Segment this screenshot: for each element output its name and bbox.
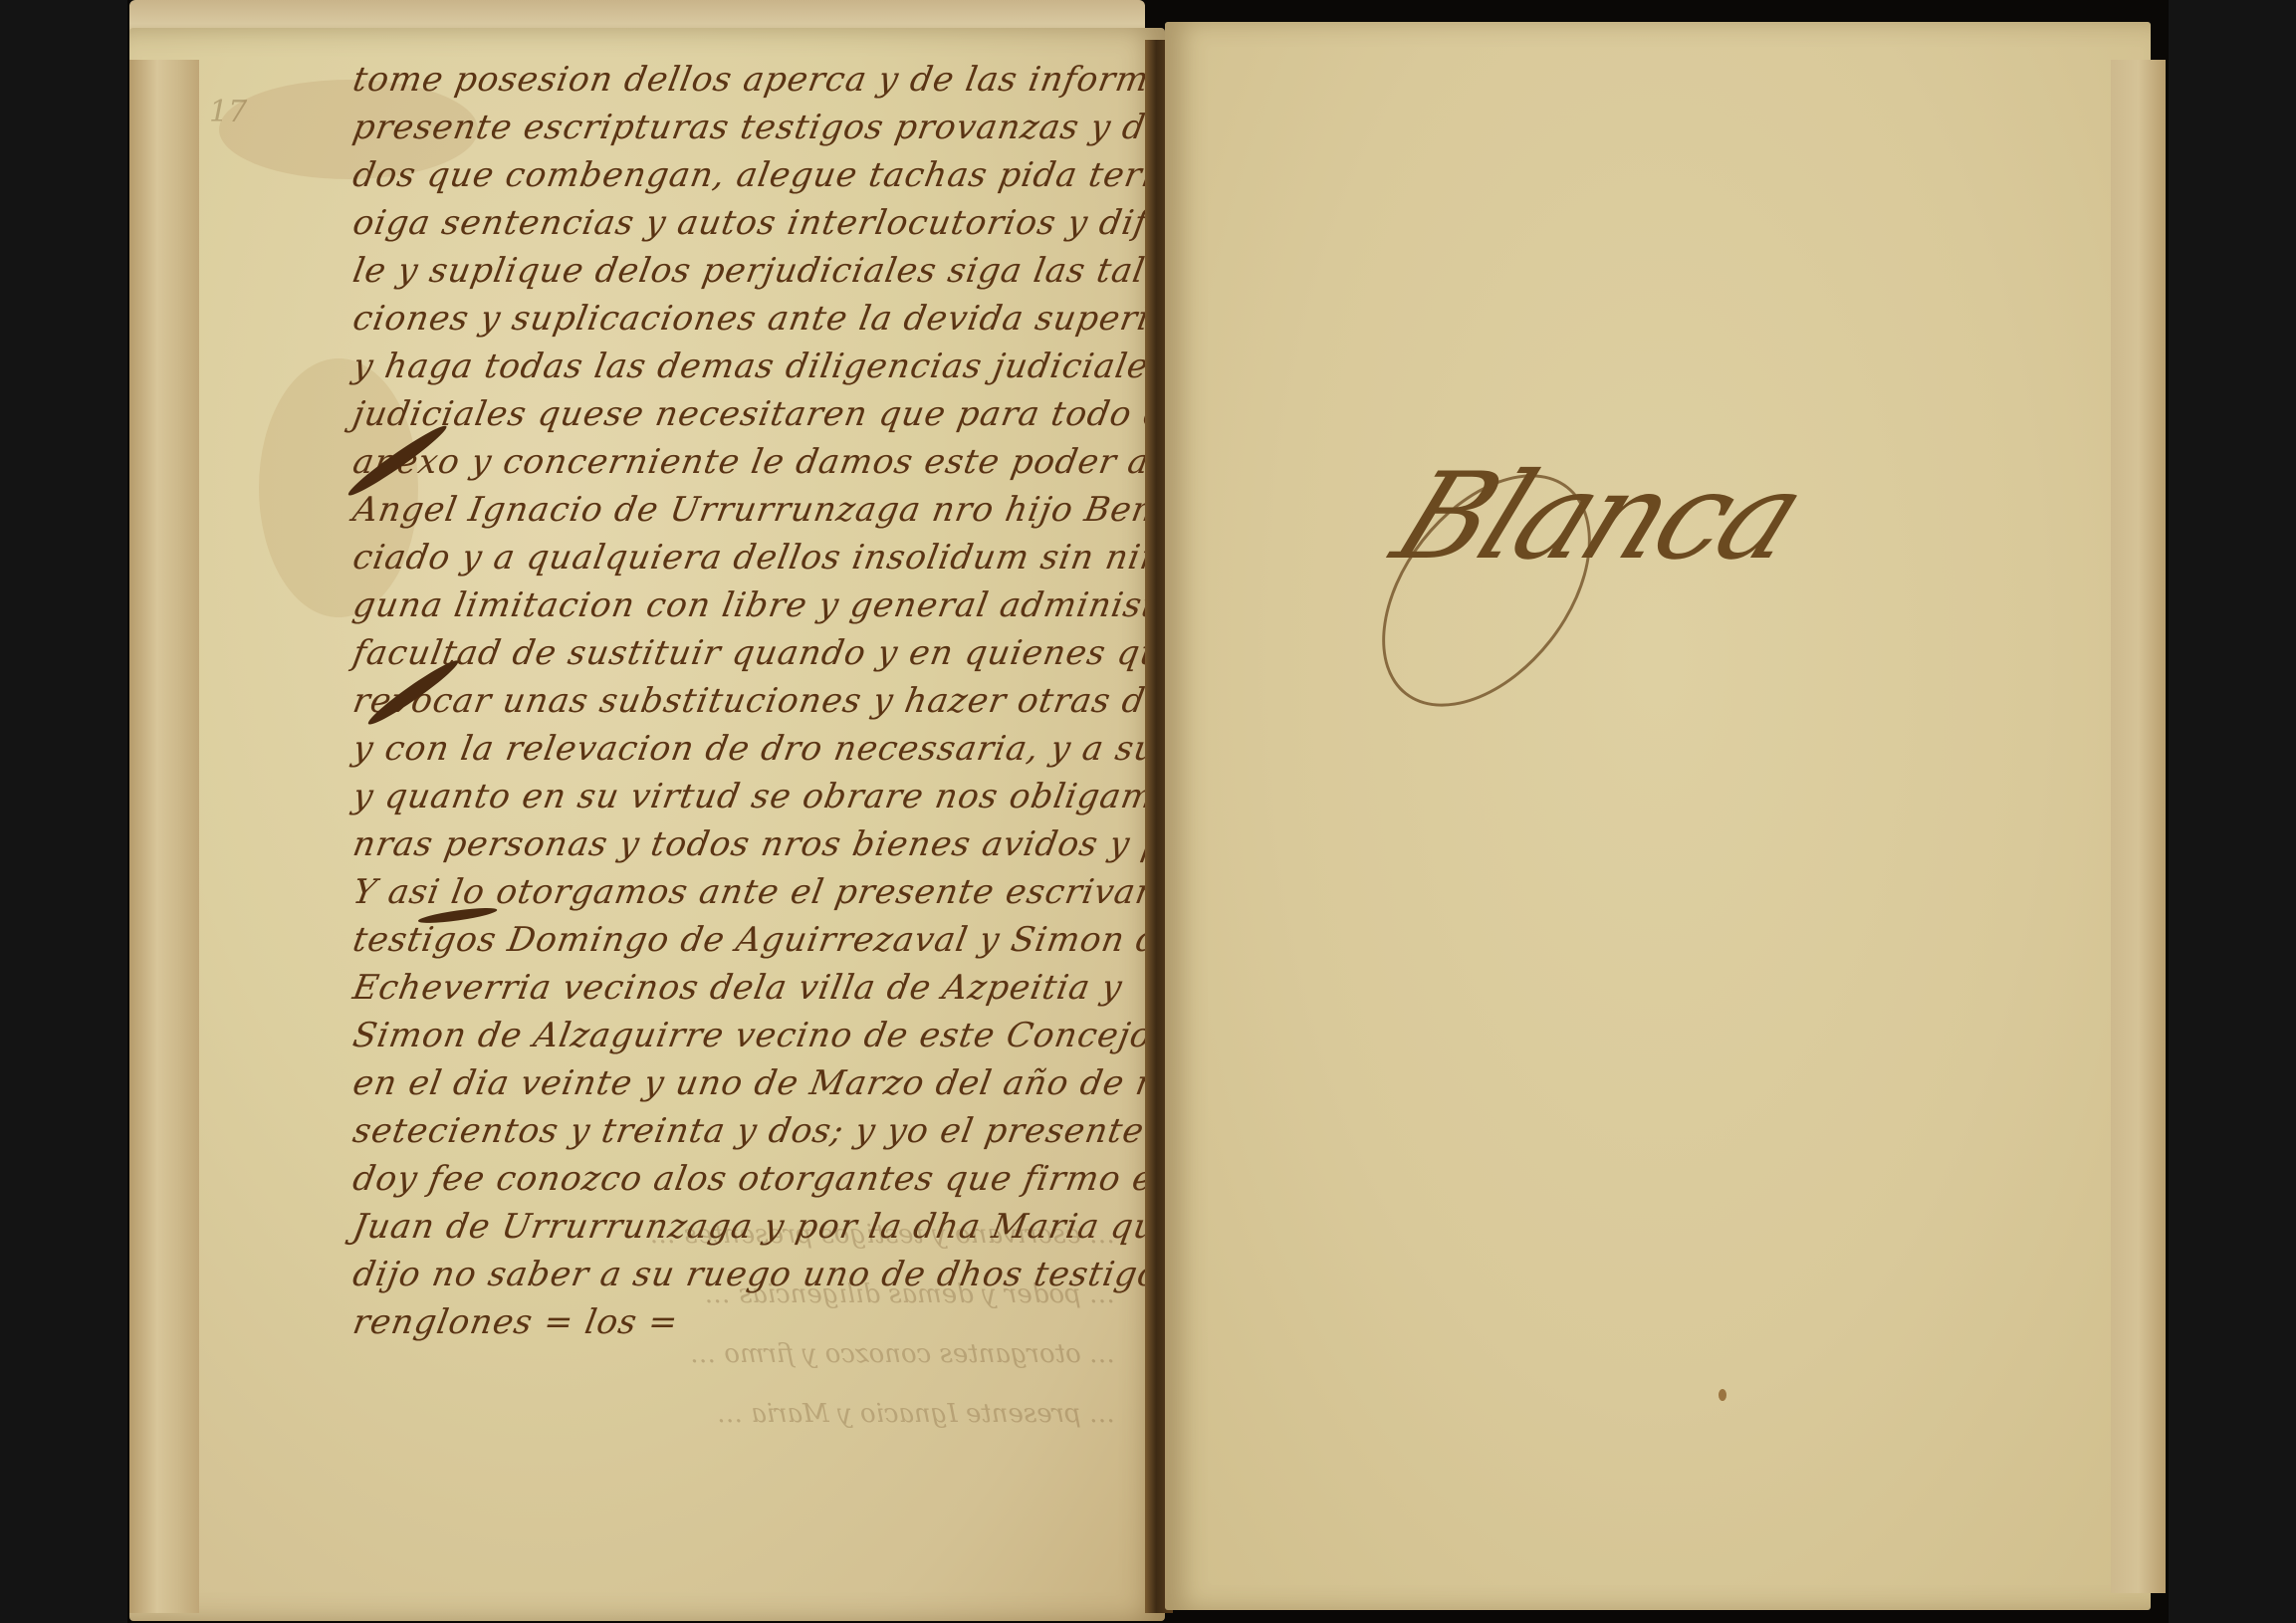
text-line: Angel Ignacio de Urrurrunzaga nro hijo B… <box>349 490 1204 530</box>
text-line: en el dia veinte y uno de Marzo del año … <box>349 1063 1196 1103</box>
right-page <box>1165 22 2151 1610</box>
text-line: renglones = los = <box>349 1302 681 1342</box>
text-line: dos que combengan, alegue tachas pida te… <box>349 155 1234 195</box>
right-page-frayed-edge <box>2111 60 2166 1593</box>
left-page-frayed-edge <box>129 60 199 1613</box>
text-line: doy fee conozco alos otorgantes que firm… <box>349 1159 1248 1199</box>
text-line: Echeverria vecinos dela villa de Azpeiti… <box>349 968 1125 1008</box>
text-line: ciado y a qualquiera dellos insolidum si… <box>349 538 1166 578</box>
folio-number: 17 <box>209 95 247 129</box>
text-line: ciones y suplicaciones ante la devida su… <box>349 299 1269 339</box>
paper-spot <box>1719 1389 1726 1401</box>
text-line: revocar unas substituciones y hazer otra… <box>349 681 1279 721</box>
text-line: anexo y concerniente le damos este poder… <box>349 442 1243 482</box>
text-line: guna limitacion con libre y general admi… <box>349 585 1273 625</box>
text-line: y quanto en su virtud se obrare nos obli… <box>349 777 1273 816</box>
blank-page-annotation: Blanca <box>1376 448 1820 586</box>
text-line: testigos Domingo de Aguirrezaval y Simon… <box>349 920 1183 960</box>
manuscript-text: tome posesion dellos aperca y de las inf… <box>353 60 1140 1354</box>
text-line: Juan de Urrurrunzaga y por la dha Maria … <box>349 1207 1181 1247</box>
